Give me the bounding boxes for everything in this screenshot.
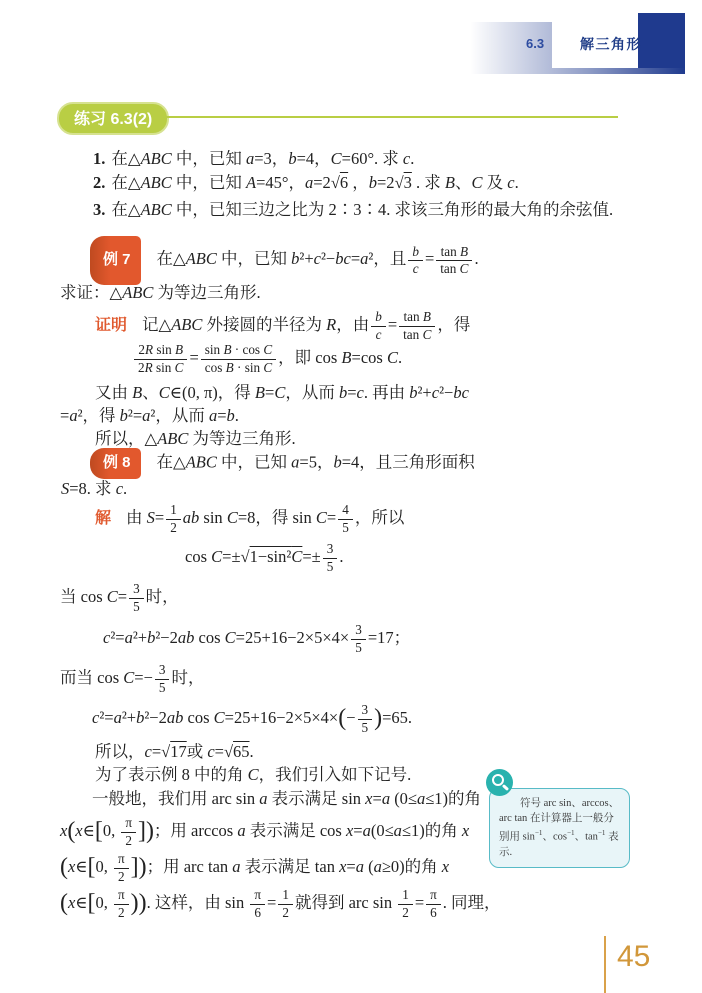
proof-line-1: 记△ABC 外接圆的半径为 R，由bc=tan Btan C，得 [142, 315, 470, 334]
solution-line-7: 所以，c=√17或 c=√65. [95, 740, 254, 764]
proof-line-2: 2R sin B2R sin C=sin B · cos Ccos B · si… [132, 337, 402, 379]
section-title: 解三角形 [580, 34, 642, 54]
example-8-intro: 在△ABC 中，已知 a=5，b=4，且三角形面积 [157, 452, 475, 471]
example-7-badge: 例 7 [90, 236, 141, 285]
solution-row: 解由 S=12ab sin C=8，得 sin C=45，所以 [95, 497, 404, 540]
problem-3-text: 在△ABC 中，已知三边之比为 2∶3∶4. 求该三角形的最大角的余弦值. [111, 200, 613, 219]
solution-line-3: 当 cos C=35时， [60, 576, 179, 618]
page-number-rule [604, 936, 606, 993]
magnifier-icon [486, 769, 513, 796]
problem-3: 3.在△ABC 中，已知三边之比为 2∶3∶4. 求该三角形的最大角的余弦值. [93, 198, 613, 222]
solution-line-6: c²=a²+b²−2ab cos C=25+16−2×5×4×(−35)=65. [92, 697, 412, 739]
problem-3-number: 3. [93, 200, 105, 219]
example-8-intro-row: 例 8在△ABC 中，已知 a=5，b=4，且三角形面积 [90, 448, 475, 479]
section-number: 6.3 [526, 36, 544, 51]
arc-intro: 为了表示例 8 中的角 C，我们引入如下记号. [95, 763, 411, 787]
solution-line-1: 由 S=12ab sin C=8，得 sin C=45，所以 [126, 508, 404, 527]
solution-label: 解 [95, 510, 111, 527]
exercise-heading-rule [152, 116, 618, 118]
example-8-badge: 例 8 [90, 448, 141, 479]
textbook-page: 6.3 解三角形 练习 6.3(2) 1.在△ABC 中，已知 a=3，b=4，… [0, 0, 702, 993]
side-note-box: 符号 arc sin、arccos、arc tan 在计算器上一般分别用 sin… [489, 788, 630, 868]
problem-1-number: 1. [93, 149, 105, 168]
example-7-intro-row: 例 7在△ABC 中，已知 b²+c²−bc=a²，且bc=tan Btan C… [90, 236, 479, 285]
example-7-intro: 在△ABC 中，已知 b²+c²−bc=a²，且bc=tan Btan C. [157, 249, 479, 268]
arc-line-1: 一般地，我们用 arc sin a 表示满足 sin x=a (0≤a≤1)的角 [92, 787, 481, 811]
problem-2: 2.在△ABC 中，已知 A=45°，a=2√6 ，b=2√3 . 求 B、C … [93, 171, 519, 195]
proof-line-4: =a²，得 b²=a²，从而 a=b. [60, 404, 239, 428]
solution-line-2: cos C=±√1−sin²C=±35. [185, 536, 343, 578]
exercise-heading-pill: 练习 6.3(2) [57, 102, 169, 135]
problem-1-text: 在△ABC 中，已知 a=3，b=4，C=60°. 求 c. [111, 149, 414, 168]
problem-1: 1.在△ABC 中，已知 a=3，b=4，C=60°. 求 c. [93, 147, 414, 171]
header-navy-block [638, 13, 685, 68]
problem-2-number: 2. [93, 173, 105, 192]
example-7-claim: 求证：△ABC 为等边三角形. [60, 281, 261, 305]
solution-line-5: 而当 cos C=−35时， [60, 657, 204, 699]
proof-line-3: 又由 B、C∈(0, π)，得 B=C，从而 b=c. 再由 b²+c²−bc [95, 381, 469, 405]
arc-line-4: (x∈[0, π2)). 这样，由 sin π6=12就得到 arc sin 1… [60, 882, 501, 924]
proof-label: 证明 [95, 317, 127, 334]
page-number: 45 [617, 940, 650, 974]
problem-2-text: 在△ABC 中，已知 A=45°，a=2√6 ，b=2√3 . 求 B、C 及 … [111, 173, 518, 192]
solution-line-4: c²=a²+b²−2ab cos C=25+16−2×5×4×35=17； [103, 617, 410, 659]
